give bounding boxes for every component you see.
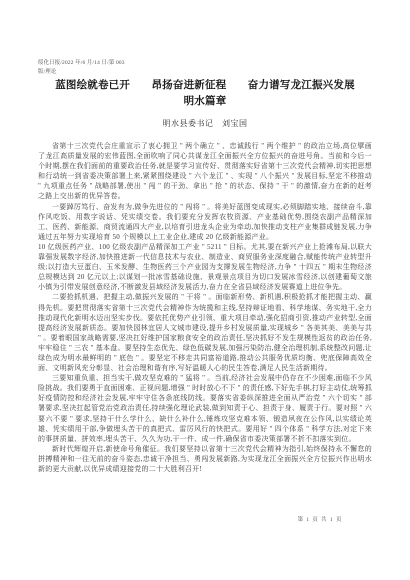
article-byline: 明水县委书记 刘宝国 — [20, 118, 390, 129]
source-line-1: 绥化日报/2022 年/6 月/14 日/第 003 — [38, 59, 372, 68]
body-paragraph: 省第十三次党代会庄重宣示了衷心拥卫 " 两个确立 " 、忠诚践行 " 两个维护 … — [38, 141, 372, 202]
body-paragraph: 一要踔厉笃行、奋发有为,做争先进位的 " 闯将 " 。将美好蓝图变成现实,必须脚… — [38, 202, 372, 242]
body-paragraph: 三要知重负重、担当实干,做攻坚克难的 " 猛将 " 。当前,经济社会发展中仍存在… — [38, 373, 372, 444]
article-title-line2: 明水篇章 — [20, 94, 390, 110]
body-paragraph: 新时代辉煌开启,新使命号角催征。我们要坚持以省第十三次党代会精神为指引,始终保持… — [38, 444, 372, 474]
article-body: 省第十三次党代会庄重宣示了衷心拥卫 " 两个确立 " 、忠诚践行 " 两个维护 … — [38, 141, 372, 474]
source-info: 绥化日报/2022 年/6 月/14 日/第 003 版/理论 — [38, 59, 372, 76]
document-page: 绥化日报/2022 年/6 月/14 日/第 003 版/理论 蓝图绘就卷已开 … — [0, 0, 410, 580]
page-number: 第 1 页 共 1 页 — [0, 515, 410, 523]
body-paragraph: 二要抢抓机遇、把握主动,做振兴发展的 " 干将 " 。面临新形势、新机遇,积极抢… — [38, 292, 372, 373]
body-paragraph: 10 亿级医药产业、100 亿级农副产品精深加工产业 " 5211 " 目标。尤… — [38, 242, 372, 292]
article-title: 蓝图绘就卷已开 昂扬奋进新征程 奋力谱写龙江振兴发展 明水篇章 — [20, 78, 390, 109]
source-line-2: 版/理论 — [38, 68, 372, 77]
article-title-line1: 蓝图绘就卷已开 昂扬奋进新征程 奋力谱写龙江振兴发展 — [20, 78, 390, 94]
